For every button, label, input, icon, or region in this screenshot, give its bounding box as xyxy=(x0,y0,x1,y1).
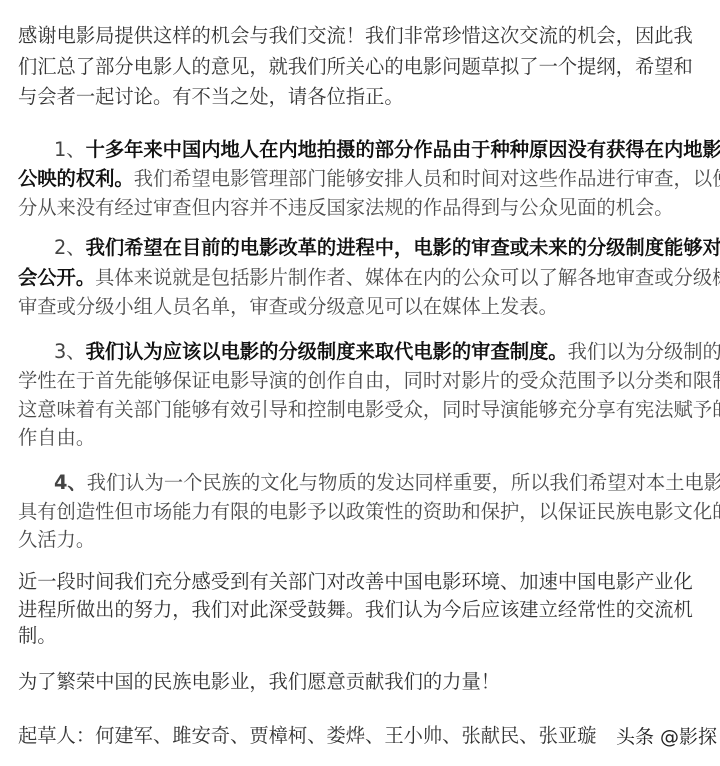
item-1-bold-text-end: 公映的权利。 xyxy=(18,167,134,190)
watermark: 头条 @影探 xyxy=(616,722,717,749)
item-3-line-2: 学性在于首先能够保证电影导演的创作自由，同时对影片的受众范围予以分类和限制。 xyxy=(18,369,698,393)
item-2-line-2: 会公开。具体来说就是包括影片制作者、媒体在内的公众可以了解各地审查或分级标准， xyxy=(18,266,698,290)
item-2-bold-text-end: 会公开。 xyxy=(18,266,95,289)
closing-line-3: 制。 xyxy=(18,624,698,648)
item-4-number: 4、 xyxy=(54,471,87,494)
item-1-number: 1、 xyxy=(54,138,86,161)
item-1-line-3: 分从来没有经过审查但内容并不违反国家法规的作品得到与公众见面的机会。 xyxy=(18,196,698,220)
pledge-line: 为了繁荣中国的民族电影业，我们愿意贡献我们的力量！ xyxy=(18,670,698,694)
drafters-label: 起草人： xyxy=(18,724,95,747)
item-2-line-1: 2、我们希望在目前的电影改革的进程中，电影的审查或未来的分级制度能够对社 xyxy=(54,236,698,260)
closing-line-2: 进程所做出的努力，我们对此深受鼓舞。我们认为今后应该建立经常性的交流机 xyxy=(18,598,698,622)
item-2-text: 具体来说就是包括影片制作者、媒体在内的公众可以了解各地审查或分级标准， xyxy=(95,266,720,289)
intro-line-3: 与会者一起讨论。有不当之处，请各位指正。 xyxy=(18,85,698,109)
item-3-line-1: 3、我们认为应该以电影的分级制度来取代电影的审查制度。我们以为分级制的科 xyxy=(54,340,698,364)
item-1-line-1: 1、十多年来中国内地人在内地拍摄的部分作品由于种种原因没有获得在内地影院 xyxy=(54,138,698,162)
document-page: 感谢电影局提供这样的机会与我们交流！我们非常珍惜这次交流的机会，因此我 们汇总了… xyxy=(0,0,720,766)
item-4-line-3: 久活力。 xyxy=(18,528,698,552)
item-2-line-3: 审查或分级小组人员名单，审查或分级意见可以在媒体上发表。 xyxy=(18,295,698,319)
intro-line-1: 感谢电影局提供这样的机会与我们交流！我们非常珍惜这次交流的机会，因此我 xyxy=(18,24,698,48)
item-4-text-start: 我们认为一个民族的文化与物质的发达同样重要，所以我们希望对本土电影中 xyxy=(87,471,720,494)
item-1-text: 我们希望电影管理部门能够安排人员和时间对这些作品进行审查，以使部 xyxy=(134,167,720,190)
item-3-line-4: 作自由。 xyxy=(18,426,698,450)
item-3-text-start: 我们以为分级制的科 xyxy=(568,340,720,363)
item-2-number: 2、 xyxy=(54,236,86,259)
item-2-bold-text: 我们希望在目前的电影改革的进程中，电影的审查或未来的分级制度能够对社 xyxy=(86,236,720,259)
item-4-line-2: 具有创造性但市场能力有限的电影予以政策性的资助和保护，以保证民族电影文化的长 xyxy=(18,500,698,524)
item-4-line-1: 4、我们认为一个民族的文化与物质的发达同样重要，所以我们希望对本土电影中 xyxy=(54,471,698,495)
item-3-line-3: 这意味着有关部门能够有效引导和控制电影受众，同时导演能够充分享有宪法赋予的创 xyxy=(18,398,698,422)
drafters-line: 起草人：何建军、雎安奇、贾樟柯、娄烨、王小帅、张献民、张亚璇 xyxy=(18,724,698,748)
closing-line-1: 近一段时间我们充分感受到有关部门对改善中国电影环境、加速中国电影产业化 xyxy=(18,570,698,594)
item-1-bold-text: 十多年来中国内地人在内地拍摄的部分作品由于种种原因没有获得在内地影院 xyxy=(86,138,720,161)
drafters-names: 何建军、雎安奇、贾樟柯、娄烨、王小帅、张献民、张亚璇 xyxy=(95,724,596,747)
item-1-line-2: 公映的权利。我们希望电影管理部门能够安排人员和时间对这些作品进行审查，以使部 xyxy=(18,167,698,191)
intro-line-2: 们汇总了部分电影人的意见，就我们所关心的电影问题草拟了一个提纲，希望和 xyxy=(18,55,698,79)
item-3-number: 3、 xyxy=(54,340,86,363)
item-3-bold-text: 我们认为应该以电影的分级制度来取代电影的审查制度。 xyxy=(86,340,568,363)
